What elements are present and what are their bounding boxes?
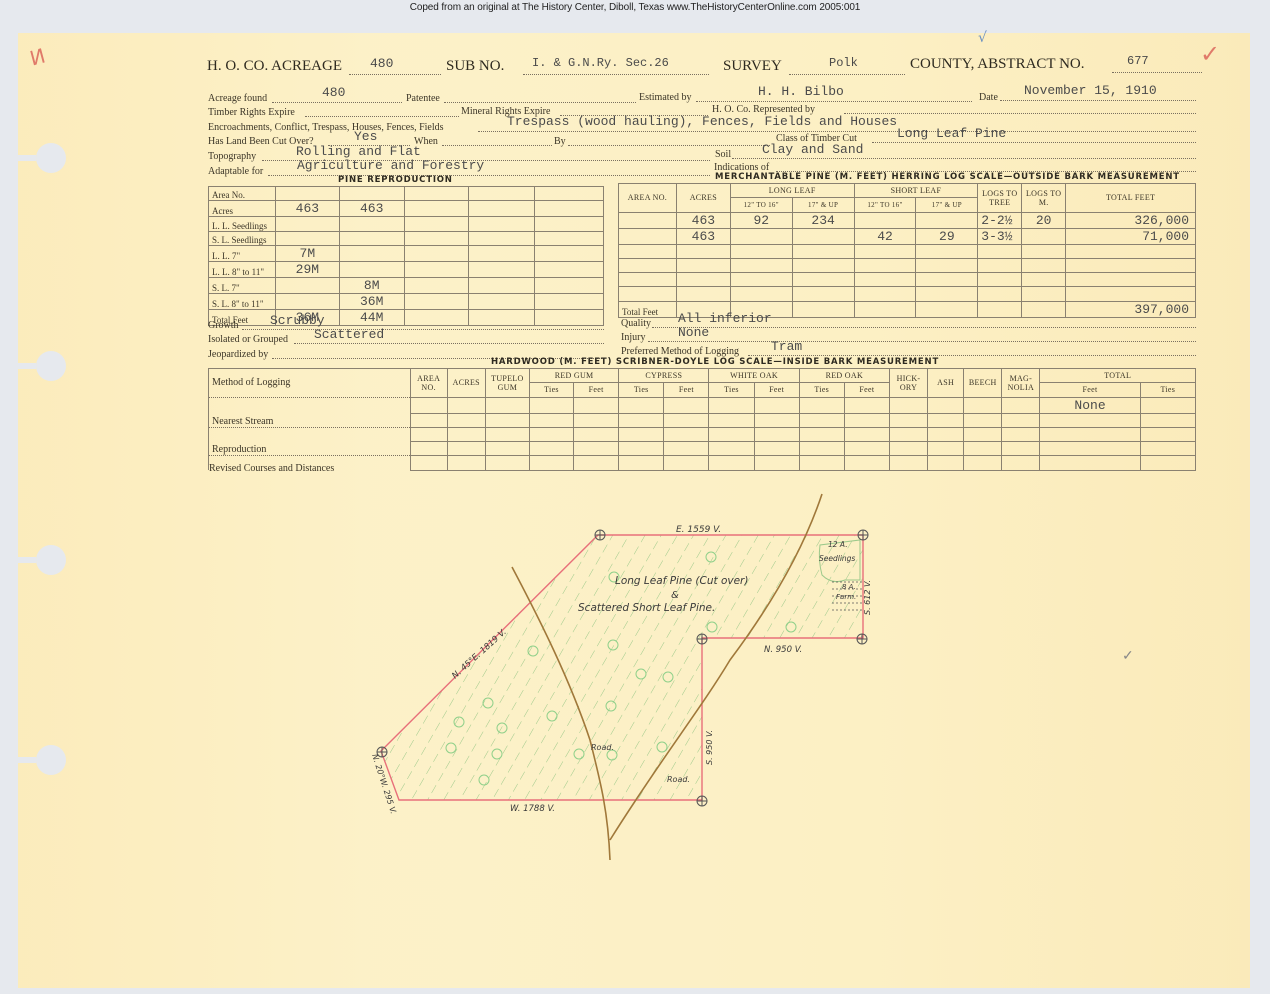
svg-text:S. 612 V.: S. 612 V. [863,580,872,615]
survey-plat-sketch: E. 1559 V. S. 612 V. N. 950 V. S. 950 V.… [0,0,1270,994]
svg-text:Seedlings: Seedlings [819,554,855,563]
svg-text:N. 950 V.: N. 950 V. [764,645,802,655]
svg-text:Road.: Road. [667,775,690,784]
svg-text:Scattered Short Leaf Pine.: Scattered Short Leaf Pine. [578,602,715,614]
svg-text:E. 1559 V.: E. 1559 V. [676,525,721,535]
svg-text:8 A.: 8 A. [842,583,856,591]
svg-text:Farm.: Farm. [836,593,856,601]
svg-text:12 A.: 12 A. [828,540,848,549]
svg-text:&: & [671,590,679,601]
svg-text:Long Leaf Pine (Cut over): Long Leaf Pine (Cut over) [615,575,748,587]
svg-text:W. 1788 V.: W. 1788 V. [510,804,555,814]
svg-text:Road.: Road. [591,743,614,752]
svg-text:S. 950 V.: S. 950 V. [705,730,714,765]
